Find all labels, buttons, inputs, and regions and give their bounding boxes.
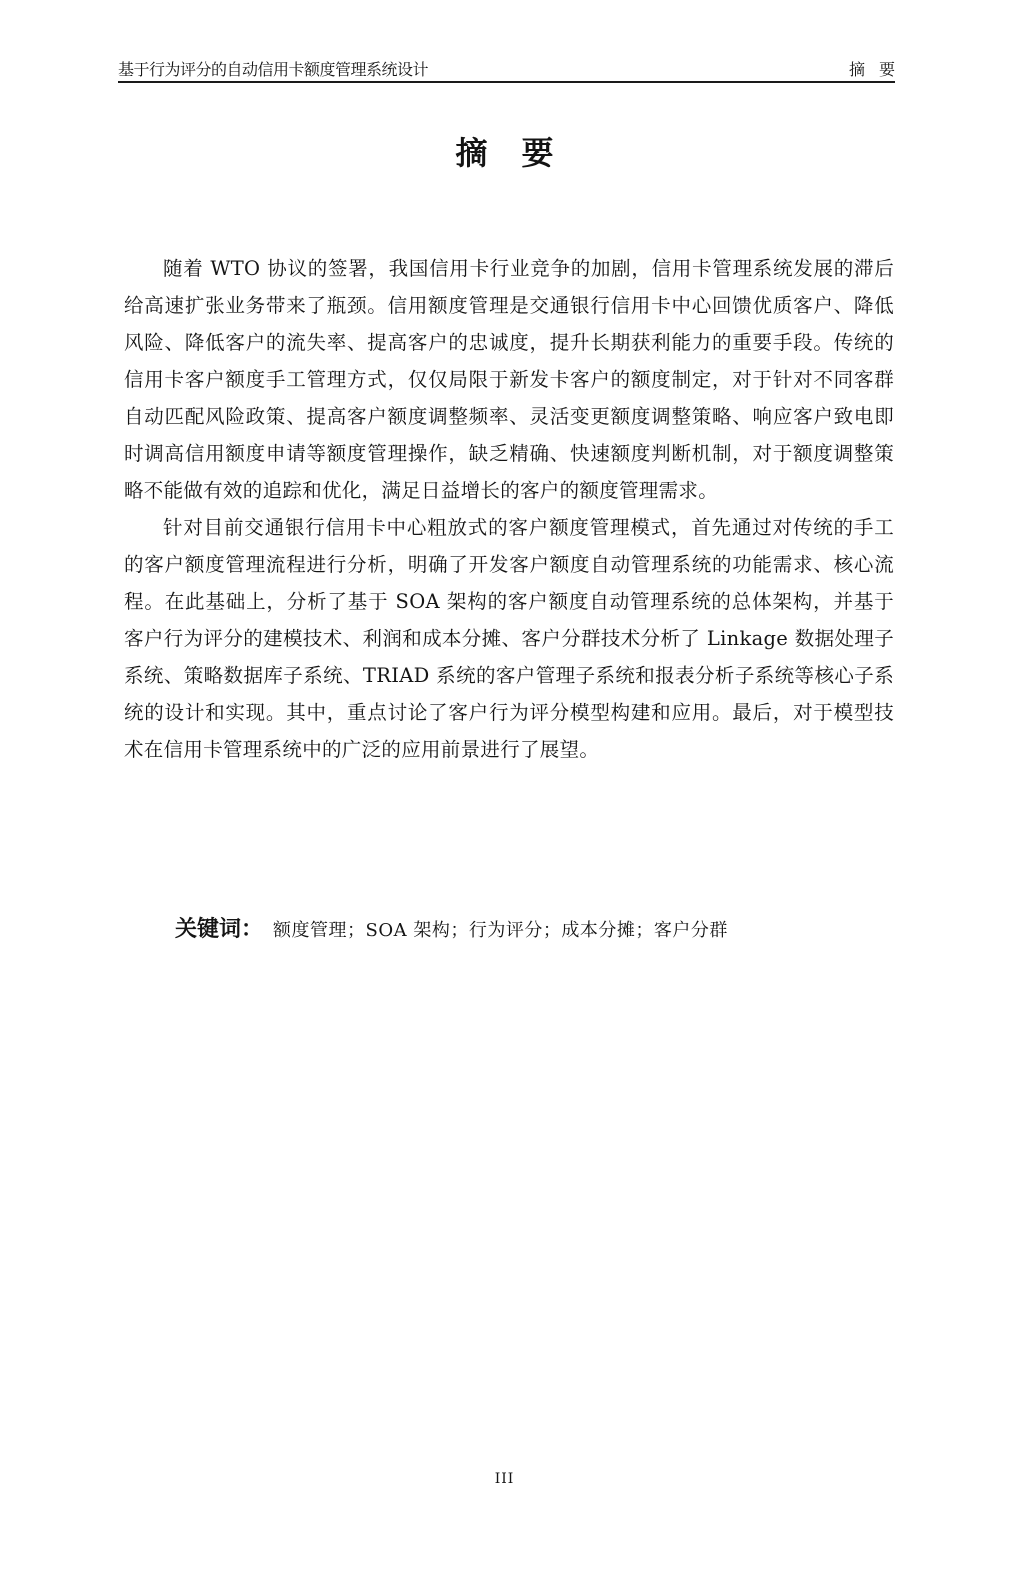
header-section-name: 摘要 bbox=[849, 60, 909, 80]
abstract-paragraph: 针对目前交通银行信用卡中心粗放式的客户额度管理模式，首先通过对传统的手工的客户额… bbox=[124, 509, 894, 768]
keyword-item: SOA 架构； bbox=[366, 920, 469, 941]
header-thesis-title: 基于行为评分的自动信用卡额度管理系统设计 bbox=[118, 60, 428, 80]
keyword-item: 成本分摊； bbox=[561, 920, 654, 941]
abstract-paragraph: 随着 WTO 协议的签署，我国信用卡行业竞争的加剧，信用卡管理系统发展的滞后给高… bbox=[124, 250, 894, 509]
keywords-line: 关键词：额度管理；SOA 架构；行为评分；成本分摊；客户分群 bbox=[175, 915, 728, 946]
page-number: III bbox=[0, 1470, 1009, 1488]
abstract-body: 随着 WTO 协议的签署，我国信用卡行业竞争的加剧，信用卡管理系统发展的滞后给高… bbox=[124, 250, 894, 768]
keyword-item: 额度管理； bbox=[273, 920, 366, 941]
header-rule bbox=[118, 81, 895, 83]
keywords-label: 关键词： bbox=[175, 917, 263, 942]
keyword-item: 行为评分； bbox=[469, 920, 562, 941]
page-title: 摘要 bbox=[0, 133, 1009, 173]
keyword-item: 客户分群 bbox=[654, 920, 728, 941]
running-header: 基于行为评分的自动信用卡额度管理系统设计 摘要 bbox=[118, 54, 895, 80]
